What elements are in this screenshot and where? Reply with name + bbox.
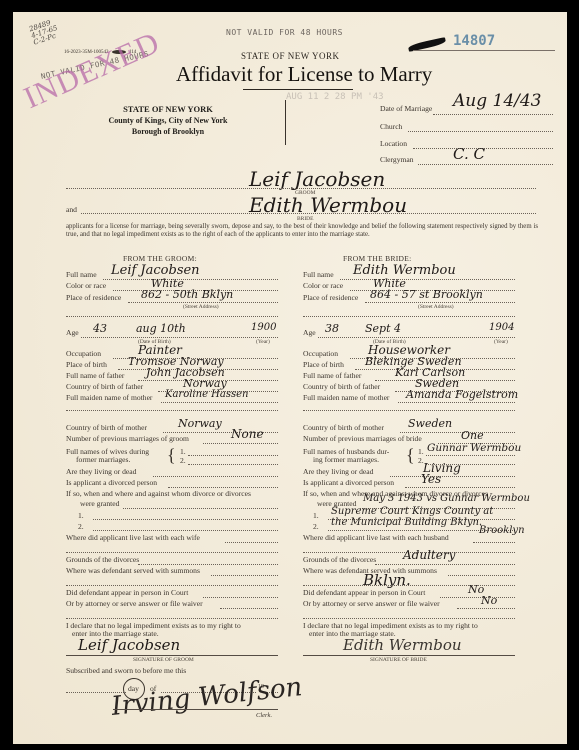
bride-residence-value[interactable]: 864 - 57 st Brooklyn (370, 288, 483, 301)
bride-granted1-num: 1. (313, 511, 319, 520)
groom-residence-label: Place of residence (66, 293, 121, 302)
groom-last-lived-label: Where did applicant live last with each … (66, 533, 200, 542)
clergyman-value[interactable]: C. C (453, 145, 485, 163)
affidavit-document: 28489 4-17-65 C-2-Pc 16-2023-35M-100542 … (13, 12, 567, 744)
certificate-number: 14807 (453, 33, 495, 49)
groom-color-label: Color or race (66, 281, 106, 290)
bride-spouses-brace: { (406, 446, 415, 464)
groom-age-value[interactable]: 43 (93, 322, 107, 335)
bride-full-name-line (340, 279, 515, 280)
groom-mother-label: Full maiden name of mother (66, 393, 152, 402)
not-valid-stamp-top: NOT VALID FOR 48 HOURS (226, 28, 343, 37)
groom-mother-line2 (66, 410, 278, 411)
bride-prev-marriages-value[interactable]: One (461, 429, 484, 442)
bride-divorced-line (405, 487, 515, 488)
bride-last-lived-label: Where did applicant live last with each … (303, 533, 449, 542)
bride-last-lived-line (473, 542, 515, 543)
bride-mother-line2 (303, 410, 515, 411)
groom-living-dead-label: Are they living or dead (66, 467, 136, 476)
groom-mother-country-label: Country of birth of mother (66, 423, 147, 432)
bride-summons-value[interactable]: Bklyn. (363, 571, 411, 589)
bride-year-caption: (Year) (494, 339, 508, 345)
bride-living-dead-line (390, 476, 515, 477)
groom-signature-line (66, 655, 278, 656)
bride-were-granted-value[interactable]: May 3 1943 vs Gunnar Wermbou (363, 493, 530, 504)
corner-pencil-note: 28489 4-17-65 C-2-Pc (28, 18, 60, 46)
groom-age-label: Age (66, 328, 79, 337)
bride-mother-country-line (400, 432, 515, 433)
bride-age-line (318, 337, 515, 338)
jurisdiction-borough: Borough of Brooklyn (83, 126, 253, 137)
clergyman-label: Clergyman (380, 155, 414, 164)
groom-birthplace-label: Place of birth (66, 360, 107, 369)
location-label: Location (380, 139, 407, 148)
groom-full-name-line (103, 279, 278, 280)
church-label: Church (380, 122, 402, 131)
groom-year-value[interactable]: 1900 (251, 322, 276, 333)
groom-living-dead-line[interactable] (153, 476, 278, 477)
bride-father-country-label: Country of birth of father (303, 382, 380, 391)
bride-mother-label: Full maiden name of mother (303, 393, 389, 402)
bride-age-value[interactable]: 38 (325, 322, 339, 335)
groom-granted2-num: 2. (78, 522, 84, 531)
bride-attorney-line2 (303, 618, 515, 619)
bride-grounds-label: Grounds of the divorces (303, 555, 376, 564)
bride-attorney-line (457, 608, 515, 609)
bride-attorney-value[interactable]: No (481, 594, 497, 607)
groom-appear-label: Did defendant appear in person in Court (66, 588, 188, 597)
groom-spouses-label-2: former marriages. (76, 455, 130, 464)
bride-granted1-value[interactable]: Supreme Court Kings County at (331, 506, 493, 517)
bride-full-name-label: Full name (303, 270, 334, 279)
bracket-divider (285, 100, 286, 145)
groom-divorced-label: Is applicant a divorced person (66, 478, 157, 487)
groom-street-caption: (Street Address) (183, 304, 219, 310)
bride-granted2-value[interactable]: the Municipal Building Bklyn. (331, 517, 482, 528)
bride-signature-line (303, 655, 515, 656)
page-title: Affidavit for License to Marry (176, 62, 432, 87)
bride-grounds-line (375, 564, 515, 565)
bride-last-lived-value[interactable]: Brooklyn (479, 525, 525, 536)
groom-signature[interactable]: Leif Jacobsen (78, 636, 180, 654)
bride-divorced-label: Is applicant a divorced person (303, 478, 394, 487)
groom-mother-country-value[interactable]: Norway (178, 417, 222, 430)
groom-full-name-value[interactable]: Leif Jacobsen (111, 263, 200, 278)
subscribed-label: Subscribed and sworn to before me this (66, 666, 186, 675)
jurisdiction-block: STATE OF NEW YORK County of Kings, City … (83, 104, 253, 137)
groom-attorney-line[interactable] (220, 608, 278, 609)
bride-street-caption: (Street Address) (418, 304, 454, 310)
groom-were-granted-line[interactable] (123, 508, 278, 509)
groom-spouse2-num: 2. (180, 456, 186, 465)
church-line[interactable] (408, 131, 553, 132)
jurisdiction-state: STATE OF NEW YORK (83, 104, 253, 115)
clerk-signature-line (113, 709, 278, 710)
time-stamp: AUG 11 2 28 PM '43 (286, 92, 384, 102)
bride-residence-line2 (303, 316, 515, 317)
bride-mother-country-value[interactable]: Sweden (408, 417, 452, 430)
groom-summons-label: Where was defendant served with summons (66, 566, 200, 575)
groom-prev-marriages-line (203, 443, 278, 444)
bride-spouse1-num: 1. (418, 447, 424, 456)
groom-divorce-when-label: If so, when and where and against whom d… (66, 489, 251, 498)
groom-summons-line[interactable] (211, 575, 278, 576)
bride-mother-line (398, 402, 515, 403)
bride-grounds-value[interactable]: Adultery (403, 548, 455, 562)
groom-spouse1-line[interactable] (188, 455, 278, 456)
groom-granted1-num: 1. (78, 511, 84, 520)
groom-heading: FROM THE GROOM: (123, 254, 197, 263)
and-label: and (66, 205, 77, 214)
bride-caption: BRIDE (297, 216, 314, 222)
groom-year-caption: (Year) (256, 339, 270, 345)
groom-spouse2-line[interactable] (188, 464, 278, 465)
jurisdiction-county: County of Kings, City of New York (83, 115, 253, 126)
bride-signature[interactable]: Edith Wermbou (343, 636, 462, 654)
certificate-number-rule (413, 50, 555, 51)
groom-last-lived-line2 (66, 552, 278, 553)
bride-father-label: Full name of father (303, 371, 361, 380)
date-of-marriage-line (433, 114, 553, 115)
clergyman-line (418, 164, 553, 165)
groom-full-name-label: Full name (66, 270, 97, 279)
groom-father-country-label: Country of birth of father (66, 382, 143, 391)
groom-mother-line (161, 402, 278, 403)
bride-appear-label: Did defendant appear in person in Court (303, 588, 425, 597)
bride-appear-line (440, 597, 515, 598)
groom-residence-value[interactable]: 862 - 50th Bklyn (141, 288, 233, 301)
bride-mother-value[interactable]: Amanda Fogelstrom (406, 388, 518, 401)
bride-birthplace-label: Place of birth (303, 360, 344, 369)
bride-living-dead-label: Are they living or dead (303, 467, 373, 476)
bride-dob-value[interactable]: Sept 4 (365, 322, 401, 335)
bride-heading: FROM THE BRIDE: (343, 254, 412, 263)
state-line: STATE OF NEW YORK (241, 51, 340, 61)
groom-divorced-line[interactable] (168, 487, 278, 488)
groom-mother-value[interactable]: Karoline Hassen (165, 389, 248, 400)
groom-age-line (81, 337, 278, 338)
bride-residence-label: Place of residence (303, 293, 358, 302)
clerk-label: Clerk. (256, 712, 272, 719)
groom-signature-caption: SIGNATURE OF GROOM (133, 657, 194, 663)
bride-year-value[interactable]: 1904 (489, 322, 514, 333)
groom-spouses-brace: { (167, 446, 176, 464)
bride-divorced-value[interactable]: Yes (421, 472, 441, 486)
groom-grounds-label: Grounds of the divorces (66, 555, 139, 564)
groom-spouse1-num: 1. (180, 447, 186, 456)
bride-attorney-label: Or by attorney or serve answer or file w… (303, 599, 440, 608)
groom-father-label: Full name of father (66, 371, 124, 380)
groom-residence-line (128, 302, 278, 303)
bride-full-name-value[interactable]: Edith Wermbou (353, 263, 456, 278)
groom-prev-marriages-label: Number of previous marriages of groom (66, 434, 189, 443)
bride-occupation-label: Occupation (303, 349, 338, 358)
groom-were-granted-label: were granted (80, 499, 119, 508)
groom-granted1-line[interactable] (93, 519, 278, 520)
bride-granted2-num: 2. (313, 522, 319, 531)
groom-summons-line2 (66, 585, 278, 586)
bride-spouse1-value[interactable]: Gunnar Wermbou (427, 442, 521, 454)
bride-mother-country-label: Country of birth of mother (303, 423, 384, 432)
groom-residence-line2 (66, 316, 278, 317)
bride-signature-caption: SIGNATURE OF BRIDE (370, 657, 427, 663)
bride-name-line (81, 213, 536, 214)
bride-color-label: Color or race (303, 281, 343, 290)
date-of-marriage-value[interactable]: Aug 14/43 (453, 91, 542, 111)
groom-last-lived-line[interactable] (225, 542, 278, 543)
bride-spouses-label-2: ing former marriages. (313, 455, 379, 464)
groom-name-line (66, 188, 536, 189)
bride-spouse1-line (426, 455, 515, 456)
bride-age-label: Age (303, 328, 316, 337)
groom-granted2-line[interactable] (93, 530, 278, 531)
bride-summons-line (448, 575, 515, 576)
bride-prev-marriages-label: Number of previous marriages of bride (303, 434, 422, 443)
groom-dob-value[interactable]: aug 10th (136, 322, 186, 335)
groom-attorney-line2 (66, 618, 278, 619)
groom-attorney-label: Or by attorney or serve answer or file w… (66, 599, 203, 608)
bride-residence-line (365, 302, 515, 303)
sworn-statement: applicants for a license for marriage, b… (66, 223, 538, 238)
groom-grounds-line[interactable] (138, 564, 278, 565)
groom-appear-line[interactable] (203, 597, 278, 598)
title-underline (243, 89, 353, 90)
groom-occupation-label: Occupation (66, 349, 101, 358)
date-of-marriage-label: Date of Marriage (380, 104, 432, 113)
groom-prev-marriages-value[interactable]: None (231, 427, 264, 441)
